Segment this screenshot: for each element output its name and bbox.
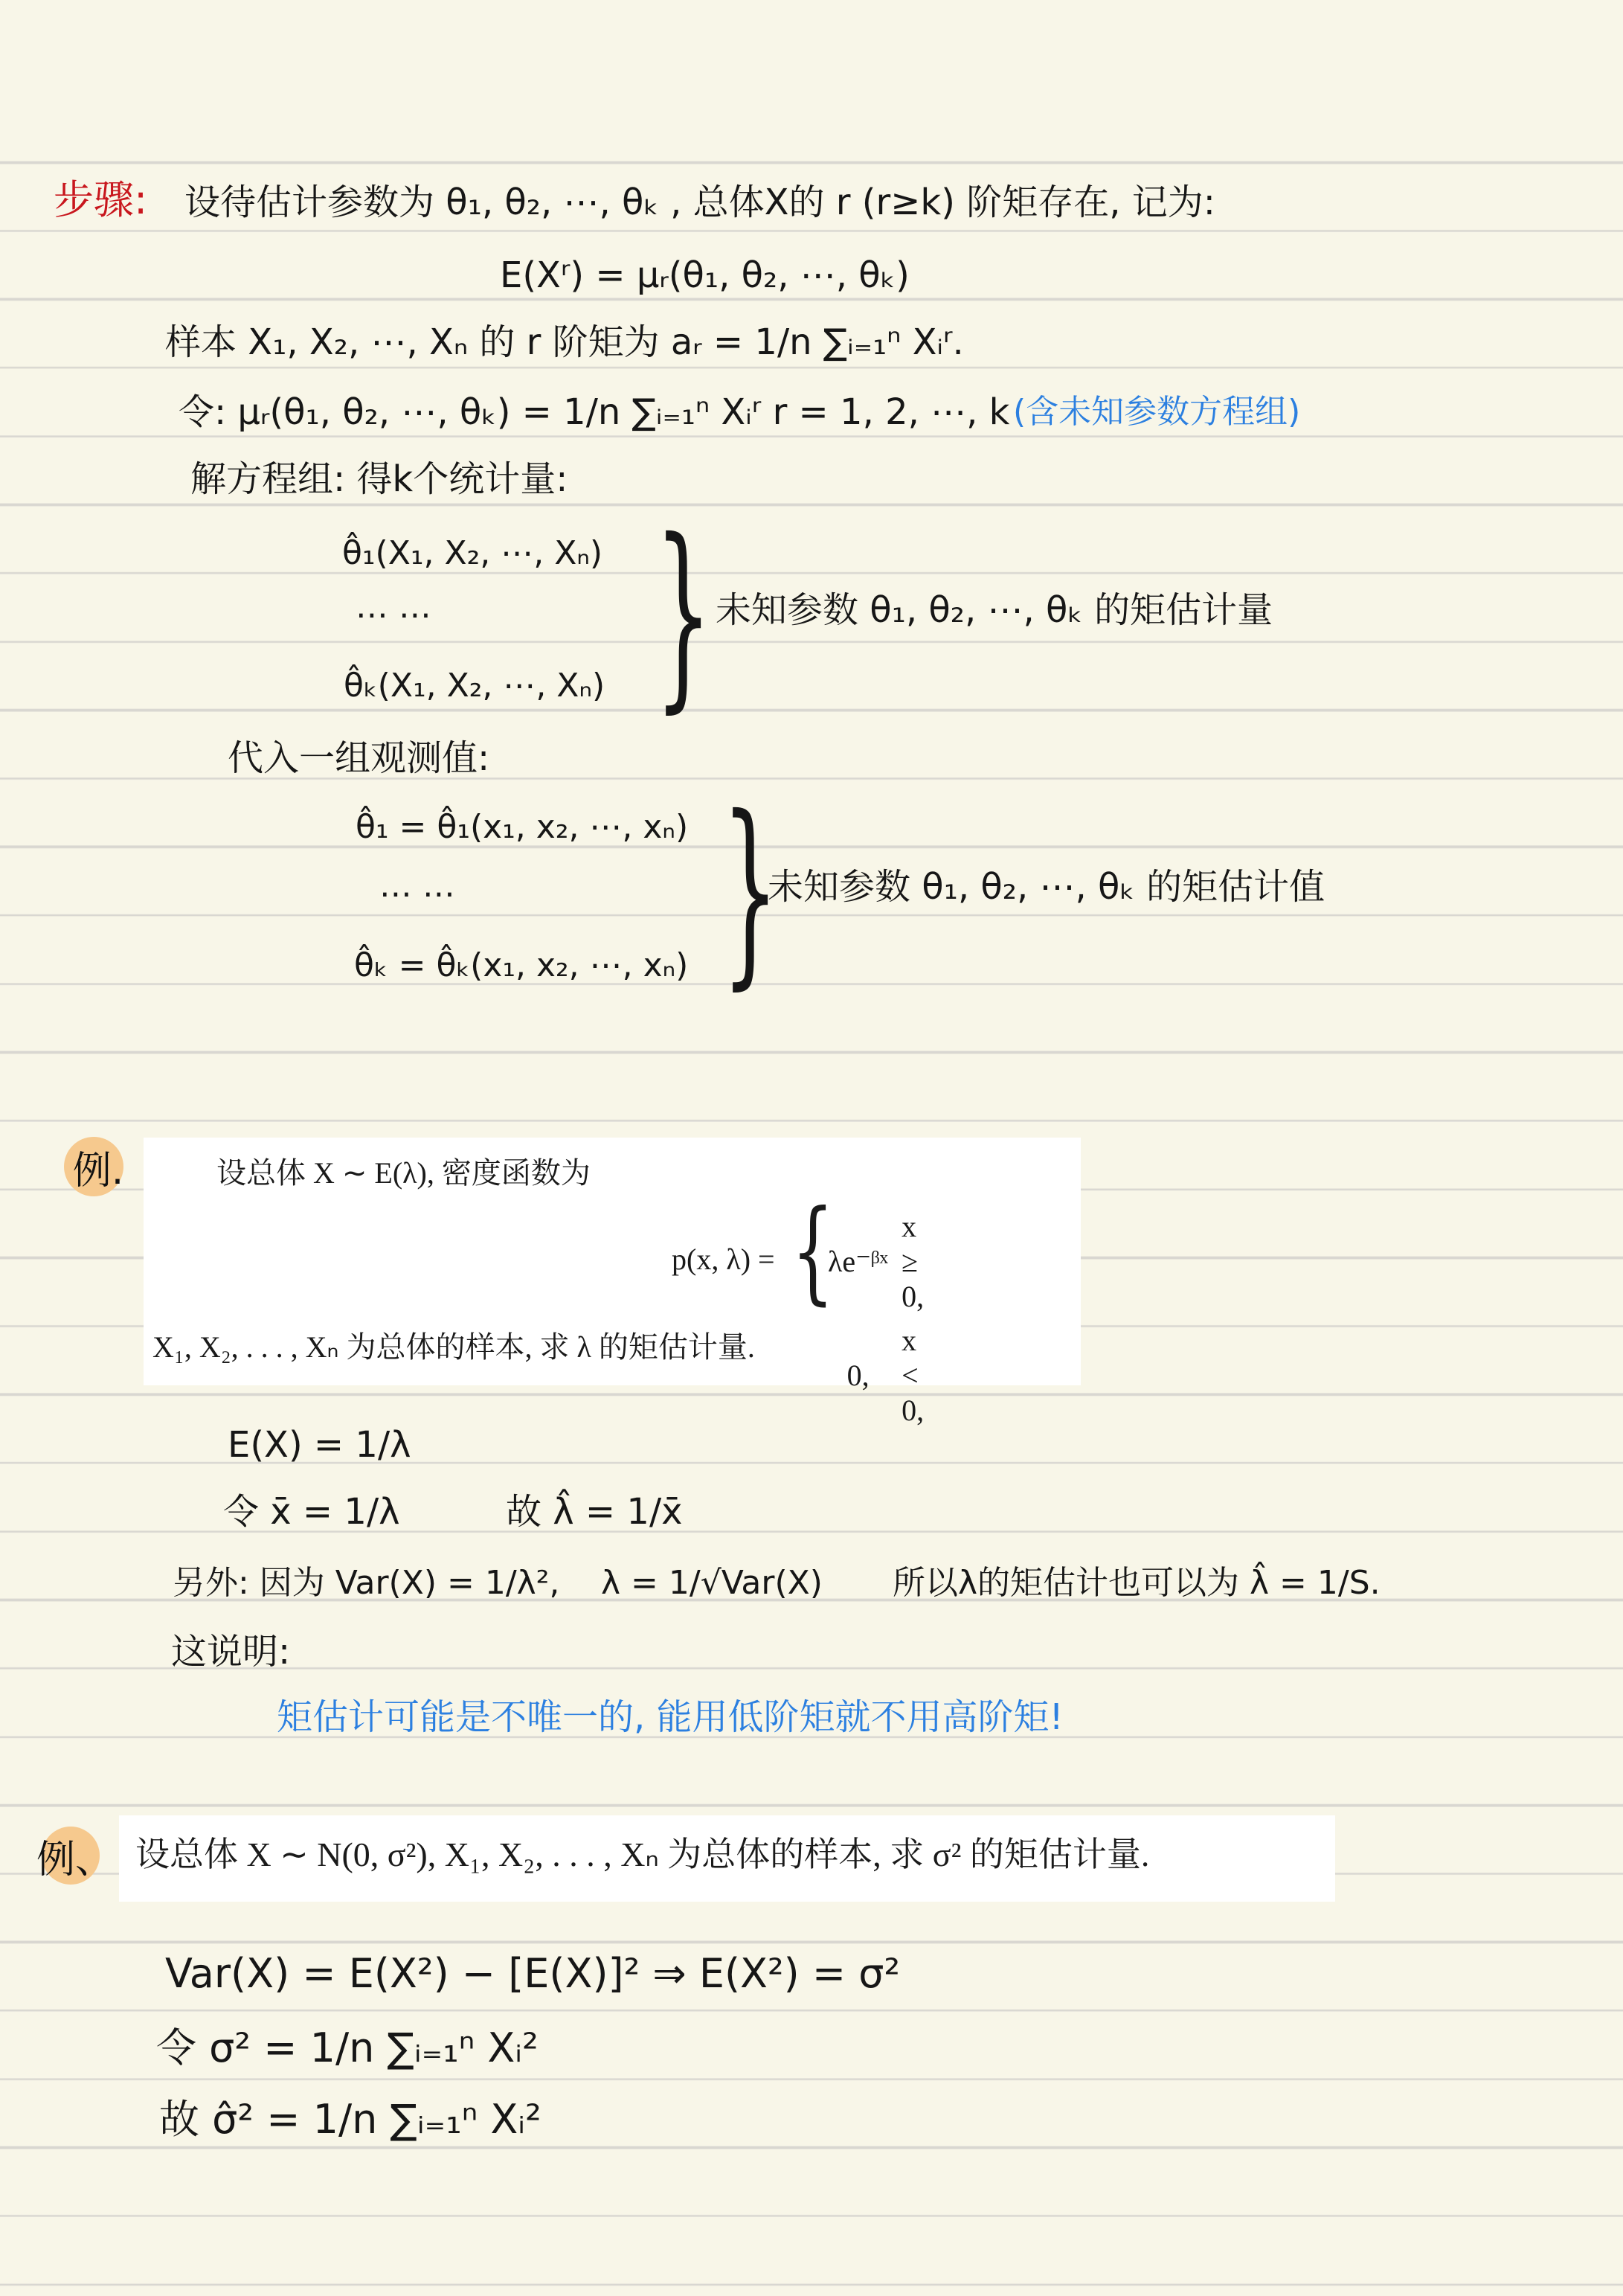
example-badge: 例、 bbox=[42, 1827, 100, 1885]
problem-2-text: 设总体 X ∼ N(0, σ²), X₁, X₂, . . . , Xₙ 为总体… bbox=[135, 1838, 1149, 1872]
solution-1-line-2a: 令 x̄ = 1/λ bbox=[223, 1494, 400, 1530]
steps-solve-line: 解方程组: 得k个统计量: bbox=[190, 461, 568, 497]
estimator-row-k: θ̂ₖ(X₁, X₂, ⋯, Xₙ) bbox=[344, 670, 605, 702]
example-badge-label: 例、 bbox=[36, 1828, 114, 1884]
steps-sample-moment: 样本 X₁, X₂, ⋯, Xₙ 的 r 阶矩为 aᵣ = 1/n ∑ᵢ₌₁ⁿ … bbox=[165, 324, 964, 360]
steps-equation-system: 令: μᵣ(θ₁, θ₂, ⋯, θₖ) = 1/n ∑ᵢ₌₁ⁿ Xᵢʳ r =… bbox=[179, 394, 1009, 430]
top-margin bbox=[0, 0, 1623, 160]
solution-1-line-3c: 所以λ的矩估计也可以为 λ̂ = 1/S. bbox=[893, 1567, 1381, 1600]
problem-1-intro: 设总体 X ∼ E(λ), 密度函数为 bbox=[216, 1158, 591, 1188]
estimator-row-ellipsis: ⋯ ⋯ bbox=[356, 599, 431, 632]
estimator-row-1: θ̂₁(X₁, X₂, ⋯, Xₙ) bbox=[342, 537, 602, 570]
steps-substitute-line: 代入一组观测值: bbox=[228, 740, 489, 776]
example-badge: 例. bbox=[64, 1137, 123, 1196]
solution-2-line-3: 故 σ̂² = 1/n ∑ᵢ₌₁ⁿ Xᵢ² bbox=[159, 2100, 541, 2140]
steps-moment-formula: E(Xʳ) = μᵣ(θ₁, θ₂, ⋯, θₖ) bbox=[500, 257, 910, 293]
solution-1-line-4: 这说明: bbox=[171, 1634, 290, 1670]
estimator-label: 未知参数 θ₁, θ₂, ⋯, θₖ 的矩估计量 bbox=[716, 592, 1273, 628]
solution-1-line-2b: 故 λ̂ = 1/x̄ bbox=[506, 1494, 683, 1530]
example-badge-label: 例. bbox=[73, 1139, 124, 1195]
estimate-row-k: θ̂ₖ = θ̂ₖ(x₁, x₂, ⋯, xₙ) bbox=[354, 949, 688, 982]
pdf-case-2-condition: x < 0, bbox=[902, 1318, 937, 1432]
estimate-row-ellipsis: ⋯ ⋯ bbox=[379, 878, 455, 911]
steps-equation-note: (含未知参数方程组) bbox=[1013, 396, 1300, 429]
example-1-problem-box: 设总体 X ∼ E(λ), 密度函数为 p(x, λ) = { λe⁻ᵝˣ x … bbox=[144, 1138, 1081, 1385]
problem-1-question: X₁, X₂, . . . , Xₙ 为总体的样本, 求 λ 的矩估计量. bbox=[152, 1333, 755, 1362]
solution-1-line-3a: 另外: 因为 Var(X) = 1/λ², bbox=[173, 1567, 559, 1600]
pdf-case-1-condition: x ≥ 0, bbox=[902, 1205, 937, 1318]
pdf-case-2-value: 0, bbox=[828, 1318, 902, 1432]
pdf-lhs: p(x, λ) = bbox=[672, 1245, 775, 1274]
solution-2-line-1: Var(X) = E(X²) − [E(X)]² ⇒ E(X²) = σ² bbox=[165, 1954, 900, 1994]
solution-1-note: 矩估计可能是不唯一的, 能用低阶矩就不用高阶矩! bbox=[277, 1699, 1064, 1735]
steps-line-1: 设待估计参数为 θ₁, θ₂, ⋯, θₖ , 总体X的 r (r≥k) 阶矩存… bbox=[184, 185, 1215, 220]
solution-2-line-2: 令 σ² = 1/n ∑ᵢ₌₁ⁿ Xᵢ² bbox=[156, 2028, 539, 2068]
steps-heading: 步骤: bbox=[54, 180, 147, 220]
estimate-row-1: θ̂₁ = θ̂₁(x₁, x₂, ⋯, xₙ) bbox=[356, 811, 688, 844]
example-2-problem-box: 设总体 X ∼ N(0, σ²), X₁, X₂, . . . , Xₙ 为总体… bbox=[119, 1815, 1335, 1902]
estimate-label: 未知参数 θ₁, θ₂, ⋯, θₖ 的矩估计值 bbox=[768, 869, 1325, 905]
solution-1-line-1: E(X) = 1/λ bbox=[228, 1427, 411, 1463]
pdf-case-1-value: λe⁻ᵝˣ bbox=[828, 1205, 902, 1318]
solution-1-line-3b: λ = 1/√Var(X) bbox=[601, 1567, 823, 1600]
right-brace-icon: } bbox=[655, 513, 712, 714]
